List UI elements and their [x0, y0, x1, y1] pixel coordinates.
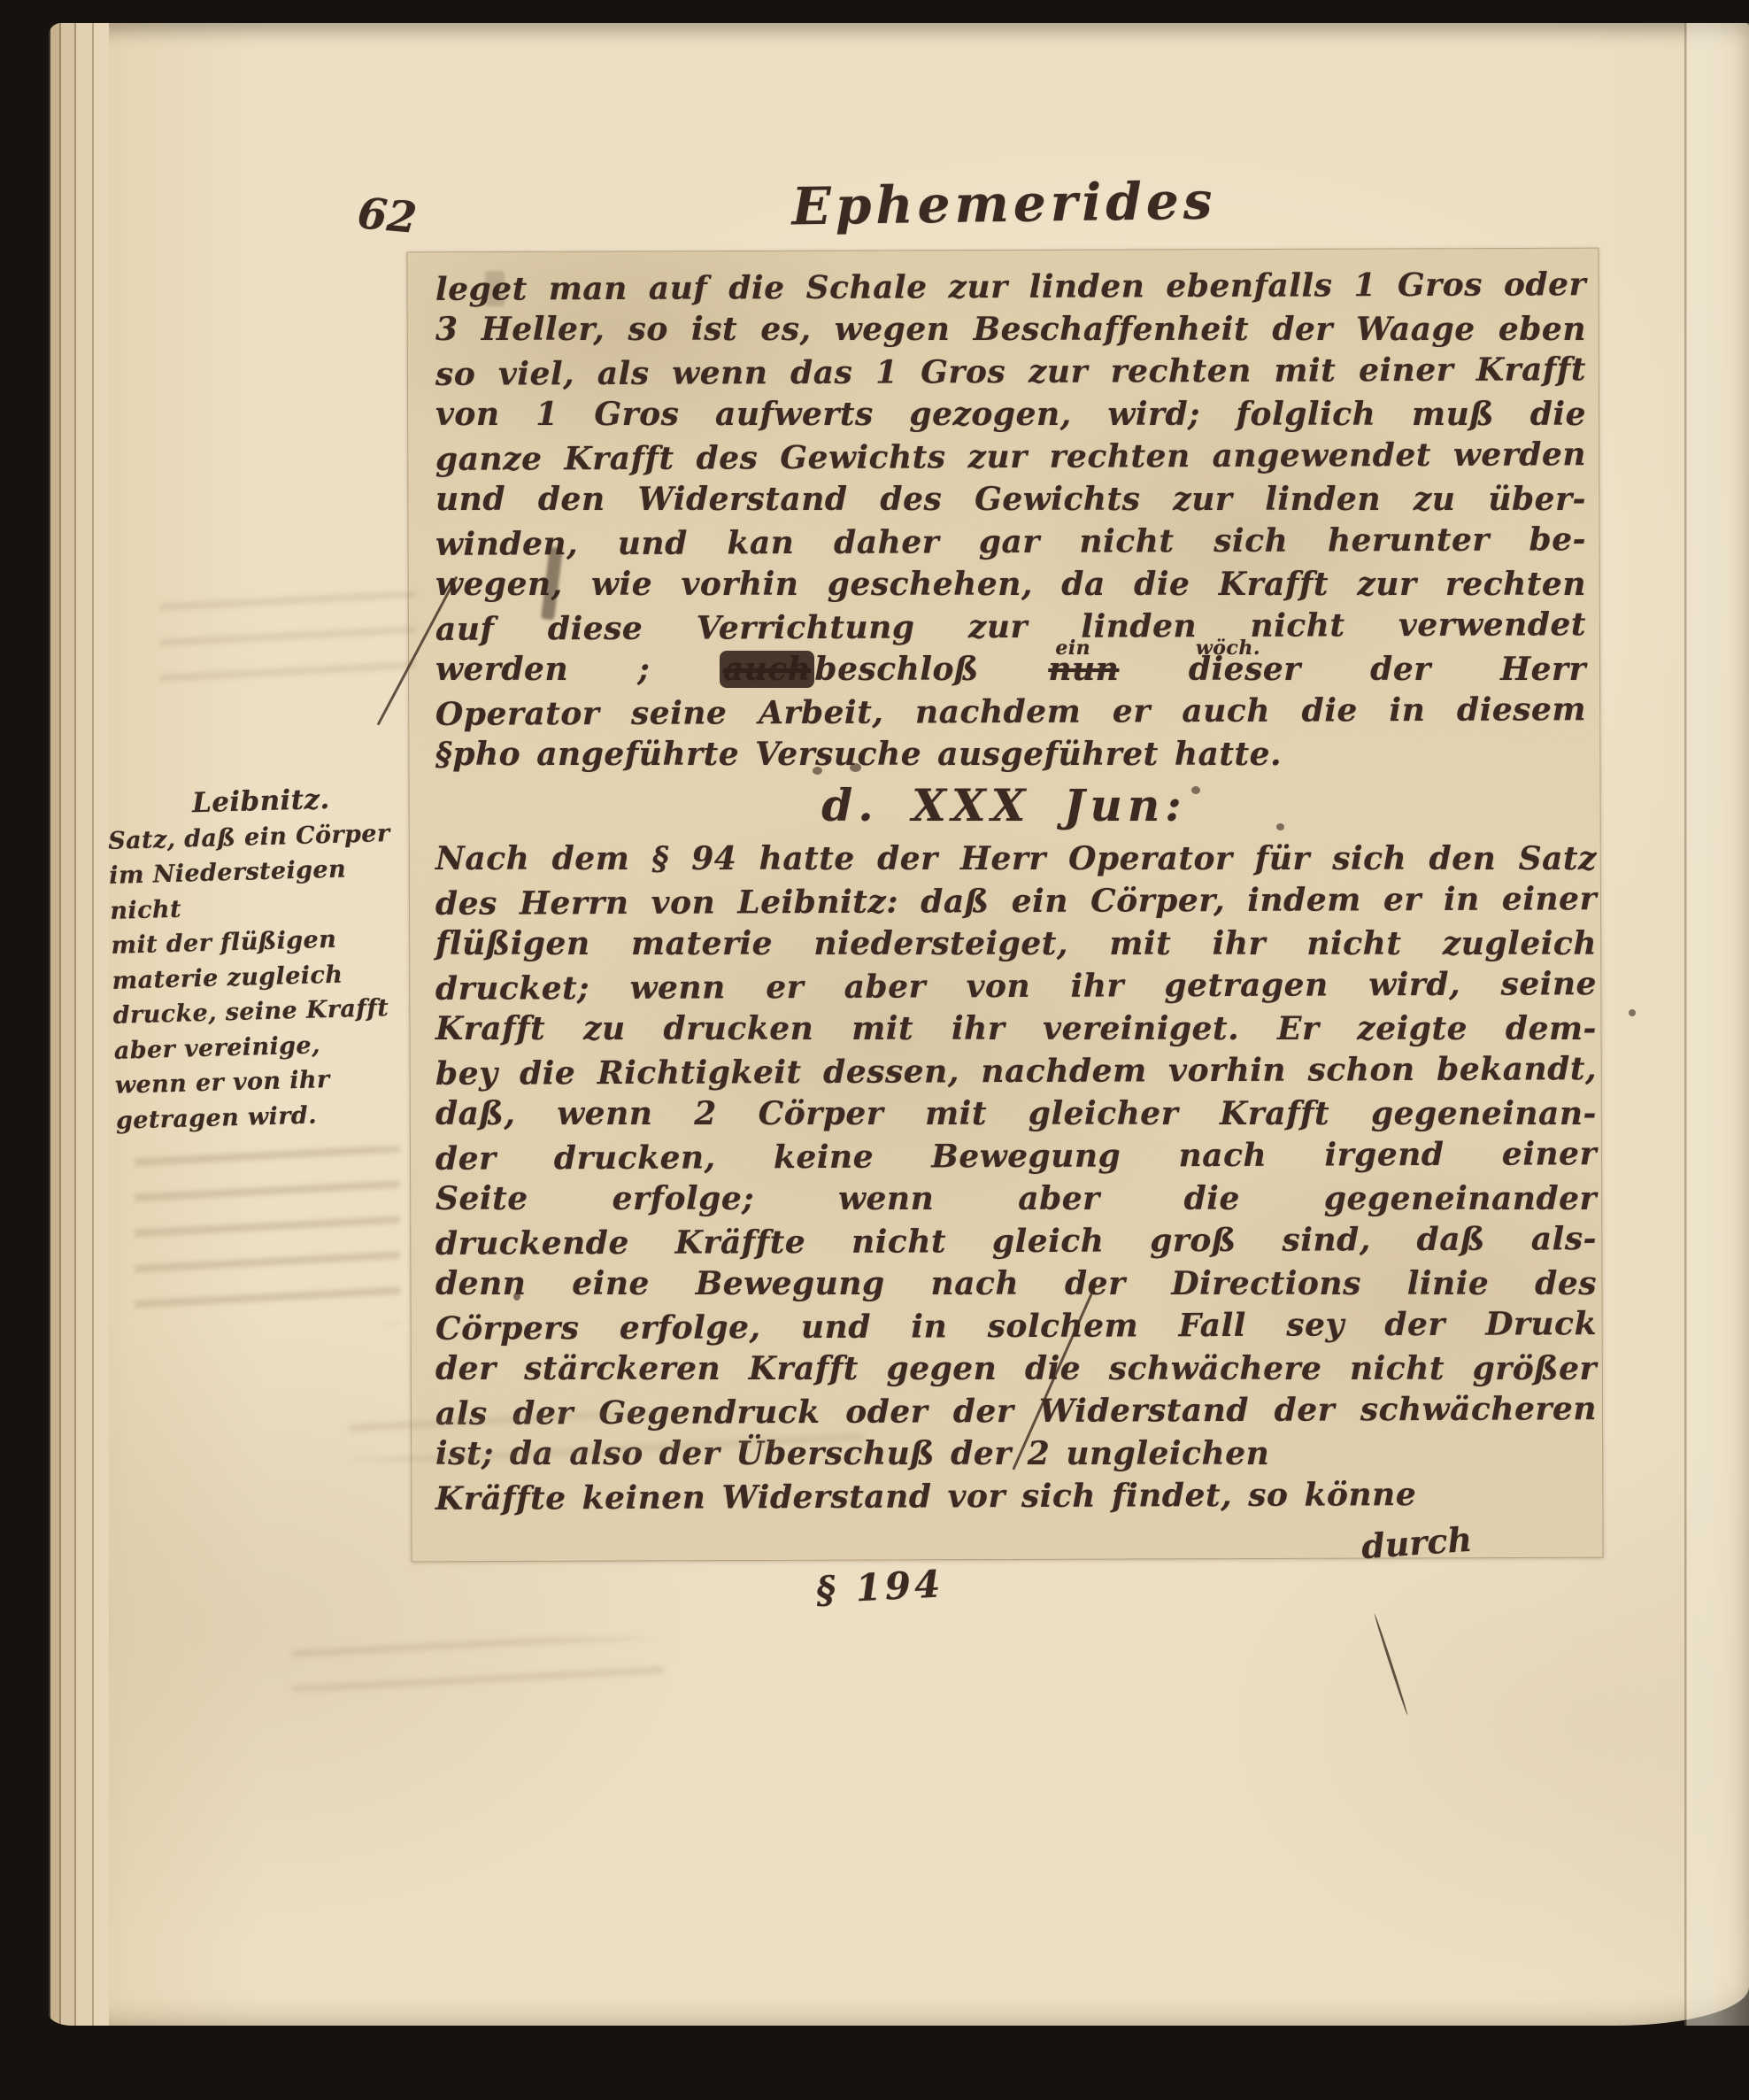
line-text: der Herr [1370, 651, 1586, 688]
struck-word-with-insertion: nun ein [1048, 648, 1119, 691]
catchword: durch [1360, 1519, 1474, 1567]
manuscript-line: auf diese Verrichtung zur linden nicht v… [435, 603, 1586, 651]
manuscript-line: daß, wenn 2 Cörper mit gleicher Krafft g… [435, 1092, 1597, 1135]
interlinear-insertion: ein [1055, 627, 1090, 669]
ink-speck [813, 767, 822, 775]
paragraph-two: Nach dem § 94 hatte der Herr Operator fü… [435, 838, 1597, 1517]
manuscript-line: leget man auf die Schale zur linden eben… [435, 263, 1586, 311]
manuscript-line: 3 Heller, so ist es, wegen Beschaffenhei… [435, 308, 1586, 351]
section-mark: § 194 [815, 1562, 945, 1611]
manuscript-line: so viel, als wenn das 1 Gros zur rechten… [435, 348, 1586, 396]
ink-speck [1191, 786, 1200, 794]
manuscript-line: wegen, wie vorhin geschehen, da die Kraf… [435, 563, 1586, 606]
entry-date-heading: d. XXX Jun: [409, 779, 1599, 831]
ink-blot-deletion: auch [720, 651, 815, 688]
manuscript-line: denn eine Bewegung nach der Directions l… [435, 1262, 1597, 1305]
manuscript-line-with-corrections: werden ; auchbeschloß nun ein dieser wöc… [435, 648, 1586, 691]
interlinear-insertion: wöch. [1196, 627, 1260, 669]
manuscript-line: der stärckeren Krafft gegen die schwäche… [435, 1347, 1597, 1390]
paragraph-one: leget man auf die Schale zur linden eben… [435, 266, 1586, 776]
manuscript-line: ganze Krafft des Gewichts zur rechten an… [435, 433, 1586, 481]
binding-page-edges [49, 23, 109, 2026]
ink-smear [485, 271, 505, 306]
manuscript-line: ist; da also der Überschuß der 2 ungleic… [435, 1432, 1597, 1475]
manuscript-line: Krafft zu drucken mit ihr vereiniget. Er… [435, 1008, 1597, 1050]
ink-speck [1276, 823, 1284, 830]
line-text: werden ; [435, 651, 650, 688]
manuscript-line: §pho angeführte Versuche ausgeführet hat… [435, 733, 1586, 776]
ink-speck [513, 1293, 520, 1301]
margin-note-line: im Niedersteigen nicht [109, 850, 419, 929]
manuscript-line: Nach dem § 94 hatte der Herr Operator fü… [435, 838, 1597, 880]
manuscript-line: des Herrn von Leibnitz: daß ein Cörper, … [435, 877, 1597, 925]
manuscript-line: flüßigen materie niedersteiget, mit ihr … [435, 923, 1597, 965]
manuscript-line: winden, und kan daher gar nicht sich her… [435, 518, 1586, 566]
ink-speck [850, 763, 861, 772]
manuscript-line: drucket; wenn er aber von ihr getragen w… [435, 962, 1597, 1010]
word-with-insertion: dieser wöch. [1189, 648, 1301, 691]
manuscript-line: von 1 Gros aufwerts gezogen, wird; folgl… [435, 393, 1586, 436]
manuscript-photo: 62 Ephemerides leget man auf die Schale … [0, 0, 1749, 2100]
margin-note: Leibnitz. Satz, daß ein Cörper im Nieder… [107, 780, 425, 1139]
fore-edge-crease [1684, 23, 1749, 2026]
manuscript-line: Kräffte keinen Widerstand vor sich finde… [435, 1472, 1597, 1520]
manuscript-line: als der Gegendruck oder der Widerstand d… [435, 1387, 1597, 1435]
manuscript-line: druckende Kräffte nicht gleich groß sind… [435, 1217, 1597, 1265]
manuscript-line: bey die Richtigkeit dessen, nachdem vorh… [435, 1047, 1597, 1095]
line-text: beschloß [814, 651, 978, 688]
ink-speck [1629, 1009, 1636, 1016]
manuscript-line: Cörpers erfolge, und in solchem Fall sey… [435, 1302, 1597, 1350]
manuscript-line: Operator seine Arbeit, nachdem er auch d… [435, 688, 1586, 736]
manuscript-line: Seite erfolge; wenn aber die gegeneinand… [435, 1177, 1597, 1220]
manuscript-line: und den Widerstand des Gewichts zur lind… [435, 478, 1586, 521]
manuscript-line: der drucken, keine Bewegung nach irgend … [435, 1132, 1597, 1180]
